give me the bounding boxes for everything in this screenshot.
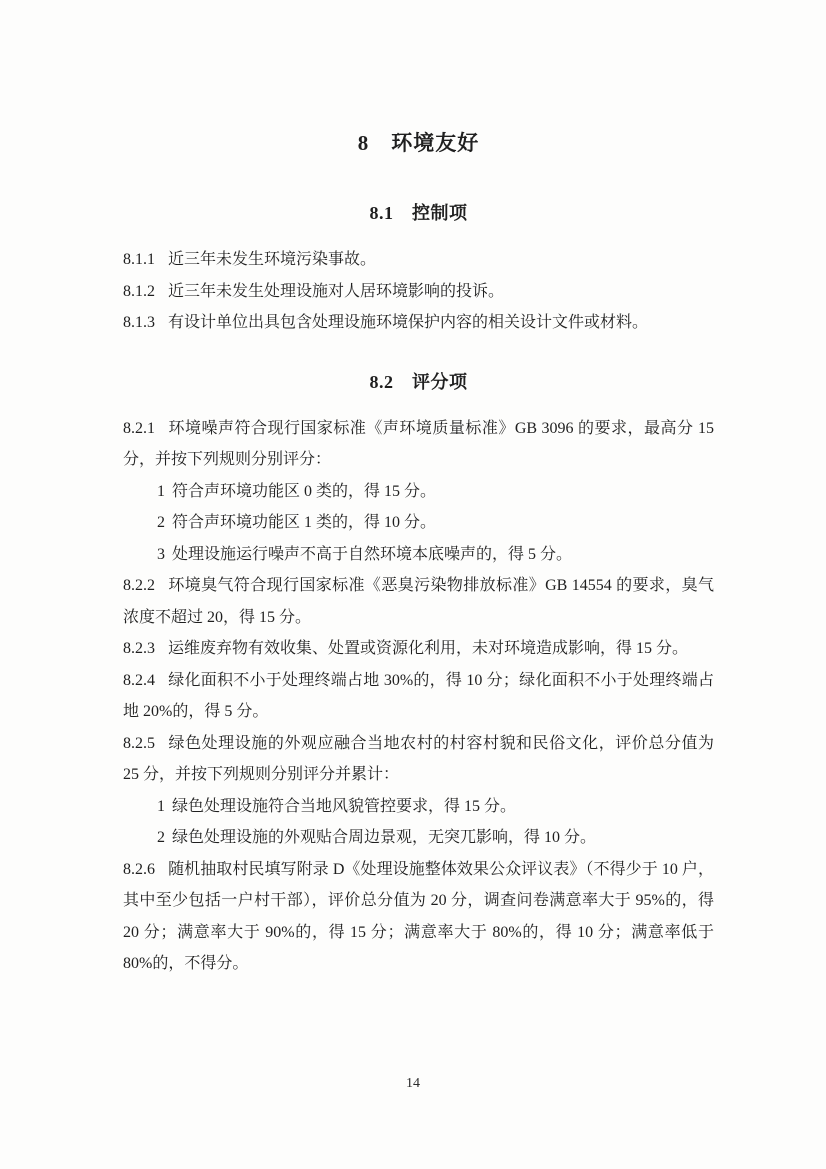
clause-8-2-1: 8.2.1环境噪声符合现行国家标准《声环境质量标准》GB 3096 的要求，最高… (123, 413, 714, 476)
clause-8-2-4: 8.2.4绿化面积不小于处理终端占地 30%的，得 10 分；绿化面积不小于处理… (123, 665, 714, 728)
subclause-number: 2 (157, 829, 165, 846)
clause-text: 有设计单位出具包含处理设施环境保护内容的相关设计文件或材料。 (168, 314, 648, 331)
subclause-text: 绿色处理设施符合当地风貌管控要求，得 15 分。 (172, 798, 516, 815)
subclause-text: 处理设施运行噪声不高于自然环境本底噪声的，得 5 分。 (172, 546, 572, 563)
clause-text: 环境噪声符合现行国家标准《声环境质量标准》GB 3096 的要求，最高分 15 … (123, 420, 714, 469)
subclause-8-2-1-1: 1符合声环境功能区 0 类的，得 15 分。 (123, 476, 714, 508)
subclause-8-2-5-1: 1绿色处理设施符合当地风貌管控要求，得 15 分。 (123, 791, 714, 823)
clause-label: 8.1.1 (123, 251, 155, 268)
clause-label: 8.1.2 (123, 283, 155, 300)
clause-text: 环境臭气符合现行国家标准《恶臭污染物排放标准》GB 14554 的要求，臭气浓度… (123, 577, 714, 626)
subclause-text: 符合声环境功能区 1 类的，得 10 分。 (172, 514, 436, 531)
clause-label: 8.2.5 (123, 735, 155, 752)
clause-8-1-2: 8.1.2近三年未发生处理设施对人居环境影响的投诉。 (123, 276, 714, 308)
clause-label: 8.2.2 (123, 577, 155, 594)
clause-8-2-5: 8.2.5绿色处理设施的外观应融合当地农村的村容村貌和民俗文化，评价总分值为 2… (123, 728, 714, 791)
chapter-title: 8 环境友好 (123, 128, 714, 158)
clause-label: 8.1.3 (123, 314, 155, 331)
clause-8-2-3: 8.2.3运维废弃物有效收集、处置或资源化利用，未对环境造成影响，得 15 分。 (123, 633, 714, 665)
subclause-text: 符合声环境功能区 0 类的，得 15 分。 (172, 483, 436, 500)
subclause-8-2-1-2: 2符合声环境功能区 1 类的，得 10 分。 (123, 507, 714, 539)
clause-label: 8.2.1 (123, 420, 155, 437)
clause-text: 随机抽取村民填写附录 D《处理设施整体效果公众评议表》（不得少于 10 户，其中… (123, 861, 714, 973)
clause-label: 8.2.6 (123, 861, 155, 878)
clause-label: 8.2.4 (123, 672, 155, 689)
clause-text: 运维废弃物有效收集、处置或资源化利用，未对环境造成影响，得 15 分。 (168, 640, 688, 657)
clause-8-2-2: 8.2.2环境臭气符合现行国家标准《恶臭污染物排放标准》GB 14554 的要求… (123, 570, 714, 633)
clause-8-1-1: 8.1.1近三年未发生环境污染事故。 (123, 244, 714, 276)
section-heading-8-1: 8.1 控制项 (123, 198, 714, 228)
subclause-number: 1 (157, 483, 165, 500)
subclause-text: 绿色处理设施的外观贴合周边景观，无突兀影响，得 10 分。 (172, 829, 596, 846)
clause-text: 近三年未发生环境污染事故。 (168, 251, 376, 268)
clause-text: 绿色处理设施的外观应融合当地农村的村容村貌和民俗文化，评价总分值为 25 分，并… (123, 735, 714, 784)
subclause-number: 2 (157, 514, 165, 531)
document-page: 8 环境友好 8.1 控制项 8.1.1近三年未发生环境污染事故。 8.1.2近… (0, 0, 826, 1169)
clause-text: 绿化面积不小于处理终端占地 30%的，得 10 分；绿化面积不小于处理终端占地 … (123, 672, 714, 721)
section-heading-8-2: 8.2 评分项 (123, 367, 714, 397)
clause-8-1-3: 8.1.3有设计单位出具包含处理设施环境保护内容的相关设计文件或材料。 (123, 307, 714, 339)
clause-text: 近三年未发生处理设施对人居环境影响的投诉。 (168, 283, 504, 300)
page-number: 14 (0, 1076, 826, 1092)
clause-label: 8.2.3 (123, 640, 155, 657)
page-content: 8 环境友好 8.1 控制项 8.1.1近三年未发生环境污染事故。 8.1.2近… (123, 128, 714, 980)
subclause-8-2-1-3: 3处理设施运行噪声不高于自然环境本底噪声的，得 5 分。 (123, 539, 714, 571)
subclause-number: 3 (157, 546, 165, 563)
clause-8-2-6: 8.2.6随机抽取村民填写附录 D《处理设施整体效果公众评议表》（不得少于 10… (123, 854, 714, 980)
subclause-number: 1 (157, 798, 165, 815)
subclause-8-2-5-2: 2绿色处理设施的外观贴合周边景观，无突兀影响，得 10 分。 (123, 822, 714, 854)
